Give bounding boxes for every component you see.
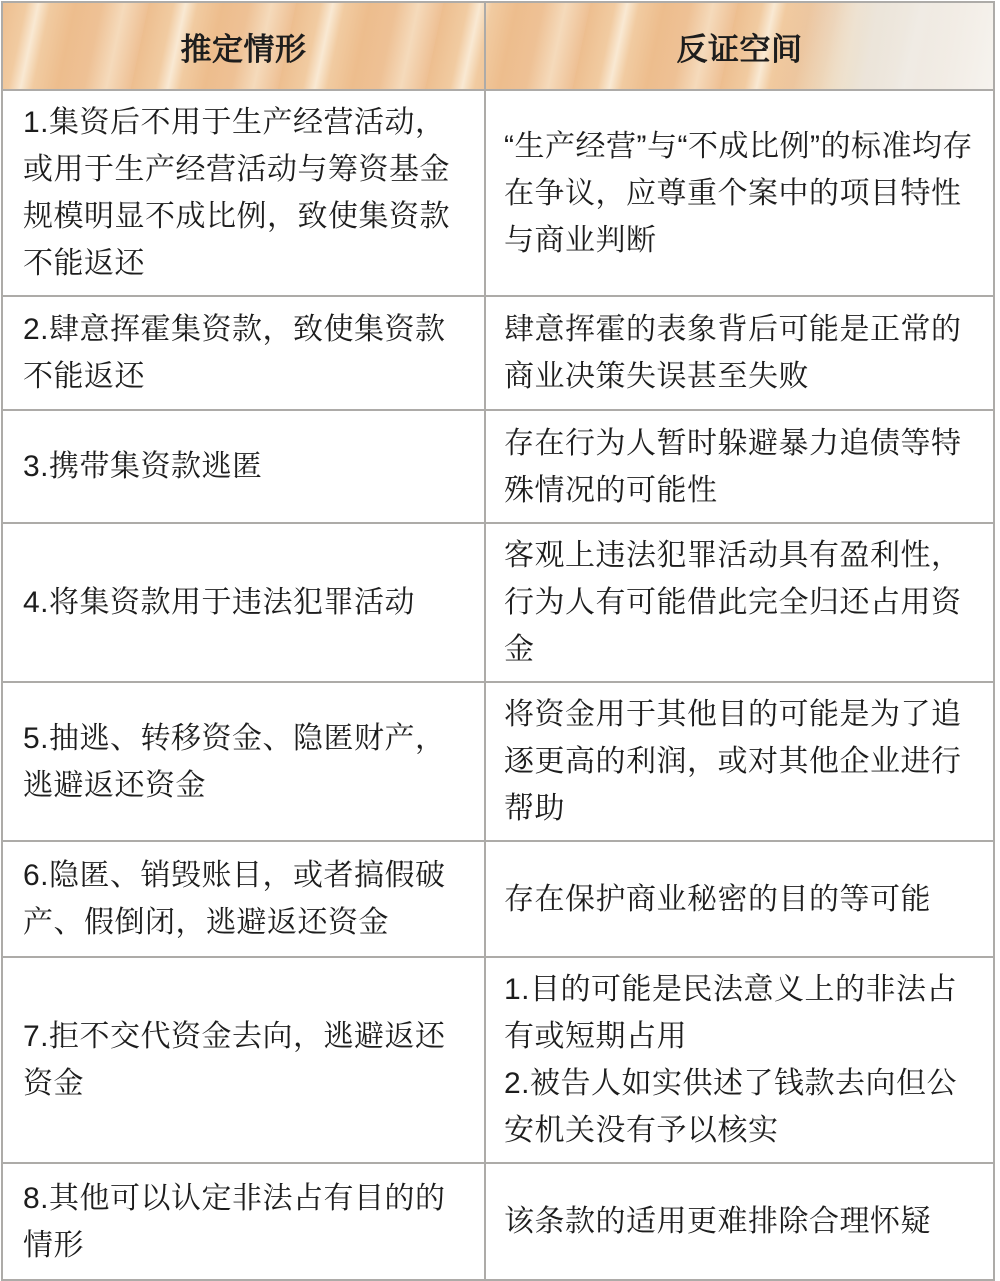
situation-cell: 2.肆意挥霍集资款，致使集资款不能返还 <box>2 296 485 410</box>
rebuttal-cell: 肆意挥霍的表象背后可能是正常的商业决策失误甚至失败 <box>485 296 994 410</box>
situation-cell: 3.携带集资款逃匿 <box>2 410 485 523</box>
situation-cell: 4.将集资款用于违法犯罪活动 <box>2 523 485 682</box>
header-presumed-situation: 推定情形 <box>2 2 485 90</box>
situation-cell: 5.抽逃、转移资金、隐匿财产，逃避返还资金 <box>2 682 485 841</box>
table-row: 2.肆意挥霍集资款，致使集资款不能返还 肆意挥霍的表象背后可能是正常的商业决策失… <box>2 296 994 410</box>
table-row: 6.隐匿、销毁账目，或者搞假破产、假倒闭，逃避返还资金 存在保护商业秘密的目的等… <box>2 841 994 957</box>
table-header: 推定情形 反证空间 <box>2 2 994 90</box>
rebuttal-cell: 将资金用于其他目的可能是为了追逐更高的利润，或对其他企业进行帮助 <box>485 682 994 841</box>
situation-cell: 6.隐匿、销毁账目，或者搞假破产、假倒闭，逃避返还资金 <box>2 841 485 957</box>
situation-cell: 1.集资后不用于生产经营活动，或用于生产经营活动与筹资基金规模明显不成比例，致使… <box>2 90 485 296</box>
table-row: 3.携带集资款逃匿 存在行为人暂时躲避暴力追债等特殊情况的可能性 <box>2 410 994 523</box>
situation-cell: 7.拒不交代资金去向，逃避返还资金 <box>2 957 485 1163</box>
header-rebuttal-space: 反证空间 <box>485 2 994 90</box>
table-row: 7.拒不交代资金去向，逃避返还资金 1.目的可能是民法意义上的非法占有或短期占用… <box>2 957 994 1163</box>
rebuttal-cell: 1.目的可能是民法意义上的非法占有或短期占用 2.被告人如实供述了钱款去向但公安… <box>485 957 994 1163</box>
rebuttal-cell: 存在行为人暂时躲避暴力追债等特殊情况的可能性 <box>485 410 994 523</box>
presumption-rebuttal-table: 推定情形 反证空间 1.集资后不用于生产经营活动，或用于生产经营活动与筹资基金规… <box>1 1 995 1281</box>
rebuttal-cell: 存在保护商业秘密的目的等可能 <box>485 841 994 957</box>
rebuttal-cell: 客观上违法犯罪活动具有盈利性，行为人有可能借此完全归还占用资金 <box>485 523 994 682</box>
table-body: 1.集资后不用于生产经营活动，或用于生产经营活动与筹资基金规模明显不成比例，致使… <box>2 90 994 1280</box>
rebuttal-cell: 该条款的适用更难排除合理怀疑 <box>485 1163 994 1280</box>
table-row: 5.抽逃、转移资金、隐匿财产，逃避返还资金 将资金用于其他目的可能是为了追逐更高… <box>2 682 994 841</box>
table-row: 8.其他可以认定非法占有目的的情形 该条款的适用更难排除合理怀疑 <box>2 1163 994 1280</box>
page: 推定情形 反证空间 1.集资后不用于生产经营活动，或用于生产经营活动与筹资基金规… <box>0 0 1000 1258</box>
situation-cell: 8.其他可以认定非法占有目的的情形 <box>2 1163 485 1280</box>
table-row: 4.将集资款用于违法犯罪活动 客观上违法犯罪活动具有盈利性，行为人有可能借此完全… <box>2 523 994 682</box>
table-row: 1.集资后不用于生产经营活动，或用于生产经营活动与筹资基金规模明显不成比例，致使… <box>2 90 994 296</box>
header-row: 推定情形 反证空间 <box>2 2 994 90</box>
rebuttal-cell: “生产经营”与“不成比例”的标准均存在争议，应尊重个案中的项目特性与商业判断 <box>485 90 994 296</box>
